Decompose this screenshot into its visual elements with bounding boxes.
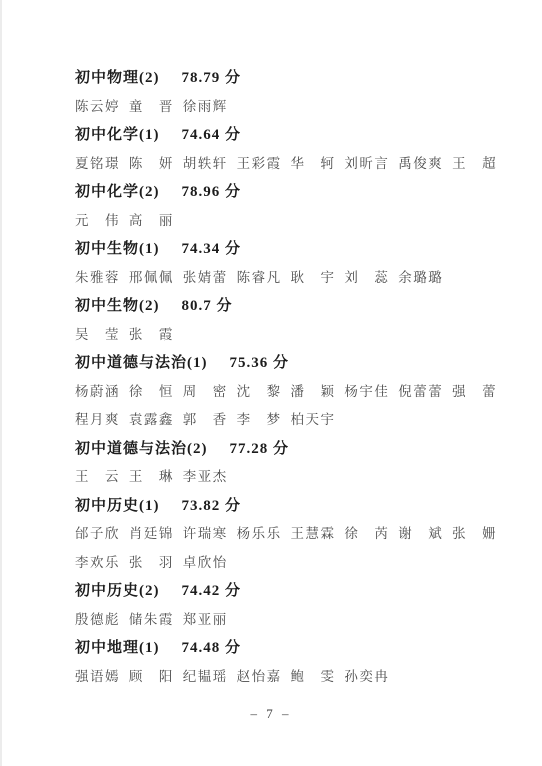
subject-score: 73.82 分: [182, 498, 242, 514]
subject-section: 初中物理(2)78.79 分 陈云婷 童 晋 徐雨辉: [75, 64, 494, 121]
subject-title: 初中历史(2): [75, 583, 160, 599]
names-line: 陈云婷 童 晋 徐雨辉: [75, 93, 494, 122]
subject-score: 77.28 分: [230, 441, 290, 457]
document-page: 初中物理(2)78.79 分 陈云婷 童 晋 徐雨辉 初中化学(1)74.64 …: [0, 0, 542, 766]
subject-score: 74.48 分: [182, 640, 242, 656]
names-line: 夏铭璟 陈 妍 胡轶轩 王彩霞 华 轲 刘昕言 禹俊爽 王 超: [75, 150, 494, 179]
subject-heading: 初中生物(1)74.34 分: [75, 235, 494, 264]
subject-title: 初中地理(1): [75, 640, 160, 656]
names-lines: 元 伟 高 丽: [75, 207, 494, 236]
names-lines: 杨蔚涵 徐 恒 周 密 沈 黎 潘 颖 杨宇佳 倪蕾蕾 强 蕾程月爽 袁露鑫 郭…: [75, 378, 494, 435]
subject-heading: 初中历史(2)74.42 分: [75, 577, 494, 606]
subject-heading: 初中物理(2)78.79 分: [75, 64, 494, 93]
names-lines: 强语嫣 顾 阳 纪韫瑶 赵怡嘉 鲍 雯 孙奕冉: [75, 663, 494, 692]
names-line: 殷德彪 储朱霞 郑亚丽: [75, 606, 494, 635]
names-line: 强语嫣 顾 阳 纪韫瑶 赵怡嘉 鲍 雯 孙奕冉: [75, 663, 494, 692]
names-line: 朱雅蓉 邢佩佩 张婧蕾 陈睿凡 耿 宇 刘 蕊 余璐璐: [75, 264, 494, 293]
subject-heading: 初中道德与法治(2)77.28 分: [75, 435, 494, 464]
subject-heading: 初中化学(1)74.64 分: [75, 121, 494, 150]
subject-section: 初中化学(1)74.64 分 夏铭璟 陈 妍 胡轶轩 王彩霞 华 轲 刘昕言 禹…: [75, 121, 494, 178]
subject-section: 初中化学(2)78.96 分 元 伟 高 丽: [75, 178, 494, 235]
names-line: 元 伟 高 丽: [75, 207, 494, 236]
subject-title: 初中化学(2): [75, 184, 160, 200]
subject-heading: 初中道德与法治(1)75.36 分: [75, 349, 494, 378]
subject-heading: 初中生物(2)80.7 分: [75, 292, 494, 321]
subject-title: 初中道德与法治(2): [75, 441, 208, 457]
page-number: – 7 –: [251, 706, 292, 721]
subject-score: 74.34 分: [182, 241, 242, 257]
subject-score: 78.79 分: [182, 70, 242, 86]
subject-score: 78.96 分: [182, 184, 242, 200]
subject-title: 初中生物(1): [75, 241, 160, 257]
names-line: 李欢乐 张 羽 卓欣怡: [75, 549, 494, 578]
names-line: 吴 莹 张 霞: [75, 321, 494, 350]
names-lines: 夏铭璟 陈 妍 胡轶轩 王彩霞 华 轲 刘昕言 禹俊爽 王 超: [75, 150, 494, 179]
subject-title: 初中道德与法治(1): [75, 355, 208, 371]
subject-score: 74.42 分: [182, 583, 242, 599]
subject-section: 初中历史(2)74.42 分 殷德彪 储朱霞 郑亚丽: [75, 577, 494, 634]
names-line: 王 云 王 琳 李亚杰: [75, 463, 494, 492]
subject-score: 75.36 分: [230, 355, 290, 371]
subject-title: 初中历史(1): [75, 498, 160, 514]
page-footer: – 7 –: [0, 705, 542, 723]
subject-heading: 初中地理(1)74.48 分: [75, 634, 494, 663]
names-lines: 殷德彪 储朱霞 郑亚丽: [75, 606, 494, 635]
subject-section: 初中道德与法治(1)75.36 分 杨蔚涵 徐 恒 周 密 沈 黎 潘 颖 杨宇…: [75, 349, 494, 435]
subject-title: 初中生物(2): [75, 298, 160, 314]
names-lines: 朱雅蓉 邢佩佩 张婧蕾 陈睿凡 耿 宇 刘 蕊 余璐璐: [75, 264, 494, 293]
subject-section: 初中历史(1)73.82 分 邰子欣 肖廷锦 许瑞寒 杨乐乐 王慧霖 徐 芮 谢…: [75, 492, 494, 578]
names-line: 杨蔚涵 徐 恒 周 密 沈 黎 潘 颖 杨宇佳 倪蕾蕾 强 蕾: [75, 378, 494, 407]
subject-section: 初中生物(2)80.7 分 吴 莹 张 霞: [75, 292, 494, 349]
names-lines: 王 云 王 琳 李亚杰: [75, 463, 494, 492]
names-lines: 陈云婷 童 晋 徐雨辉: [75, 93, 494, 122]
subject-score: 80.7 分: [182, 298, 233, 314]
results-list: 初中物理(2)78.79 分 陈云婷 童 晋 徐雨辉 初中化学(1)74.64 …: [0, 0, 542, 691]
names-lines: 吴 莹 张 霞: [75, 321, 494, 350]
subject-heading: 初中化学(2)78.96 分: [75, 178, 494, 207]
subject-title: 初中物理(2): [75, 70, 160, 86]
subject-heading: 初中历史(1)73.82 分: [75, 492, 494, 521]
subject-section: 初中道德与法治(2)77.28 分 王 云 王 琳 李亚杰: [75, 435, 494, 492]
names-line: 邰子欣 肖廷锦 许瑞寒 杨乐乐 王慧霖 徐 芮 谢 斌 张 姗: [75, 520, 494, 549]
subject-section: 初中生物(1)74.34 分 朱雅蓉 邢佩佩 张婧蕾 陈睿凡 耿 宇 刘 蕊 余…: [75, 235, 494, 292]
names-line: 程月爽 袁露鑫 郭 香 李 梦 柏天宇: [75, 406, 494, 435]
subject-section: 初中地理(1)74.48 分 强语嫣 顾 阳 纪韫瑶 赵怡嘉 鲍 雯 孙奕冉: [75, 634, 494, 691]
subject-score: 74.64 分: [182, 127, 242, 143]
names-lines: 邰子欣 肖廷锦 许瑞寒 杨乐乐 王慧霖 徐 芮 谢 斌 张 姗李欢乐 张 羽 卓…: [75, 520, 494, 577]
subject-title: 初中化学(1): [75, 127, 160, 143]
